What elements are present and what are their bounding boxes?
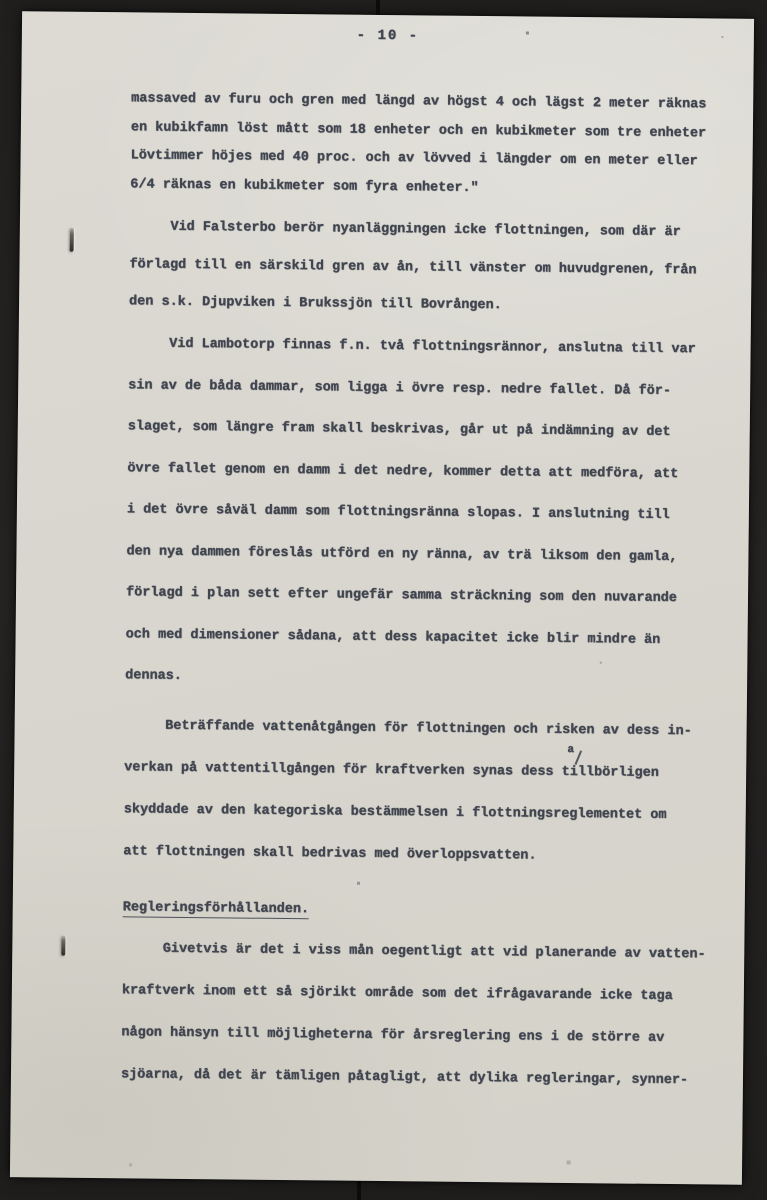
staple-hole-mark-top <box>70 228 74 252</box>
page-content: massaved av furu och gren med längd av h… <box>10 11 754 1185</box>
quoted-block-timber-rules: massaved av furu och gren med längd av h… <box>130 85 706 205</box>
handwritten-insertion-a: a <box>567 745 574 756</box>
text-line: slaget, som längre fram skall beskrivas,… <box>128 406 695 453</box>
staple-hole-mark-bottom <box>61 936 65 956</box>
text-line: förlagd i plan sett efter ungefär samma … <box>126 572 693 619</box>
document-page: - 10 - massaved av furu och gren med län… <box>10 11 754 1185</box>
text-line: och med dimensioner sådana, att dess kap… <box>125 614 692 661</box>
text-line: 6/4 räknas en kubikmeter som fyra enhete… <box>130 171 705 206</box>
paper-specks <box>22 11 23 12</box>
text-line: någon hänsyn till möjligheterna för årsr… <box>121 1012 705 1060</box>
scan-background: - 10 - massaved av furu och gren med län… <box>0 0 767 1200</box>
text-line: verkan på vattentillgången för kraftverk… <box>124 747 692 795</box>
text-line: dennas. <box>125 655 692 702</box>
paragraph-givetvis: Givetvis är det i viss mån oegentligt at… <box>121 928 706 1102</box>
paragraph-vattenatgang: Beträffande vattenåtgången för flottning… <box>123 705 692 879</box>
paragraph-lambotorp: Vid Lambotorp finnas f.n. två flottnings… <box>125 323 696 702</box>
text-line: den s.k. Djupviken i Brukssjön till Bovr… <box>129 283 696 326</box>
text-line: skyddade av den kategoriska bestämmelsen… <box>124 789 692 837</box>
text-line: Regleringsförhållanden. <box>123 893 310 925</box>
text-line: sjöarna, då det är tämligen påtagligt, a… <box>121 1054 705 1102</box>
text-line: övre fallet genom en damm i det nedre, k… <box>127 448 694 495</box>
text-line: förlagd till en särskild gren av ån, til… <box>129 246 696 289</box>
text-line: Givetvis är det i viss mån oegentligt at… <box>122 928 706 976</box>
text-line: den nya dammen föreslås utförd en ny rän… <box>126 531 693 578</box>
heading-regleringsforhallanden: Regleringsförhållanden. <box>123 893 310 925</box>
text-line: att flottningen skall bedrivas med överl… <box>123 831 691 879</box>
text-line: i det övre såväl damm som flottningsränn… <box>127 489 694 536</box>
text-line: kraftverk inom ett så sjörikt område som… <box>122 970 706 1018</box>
text-line: Vid Lambotorp finnas f.n. två flottnings… <box>128 323 695 370</box>
text-line: Beträffande vattenåtgången för flottning… <box>124 705 692 753</box>
text-line: Vid Falsterbo berör nyanläggningen icke … <box>130 208 697 251</box>
binder-spine-line-bottom <box>357 1181 361 1200</box>
paragraph-falsterbo: Vid Falsterbo berör nyanläggningen icke … <box>129 208 697 326</box>
text-line: sin av de båda dammar, som ligga i övre … <box>128 365 695 412</box>
